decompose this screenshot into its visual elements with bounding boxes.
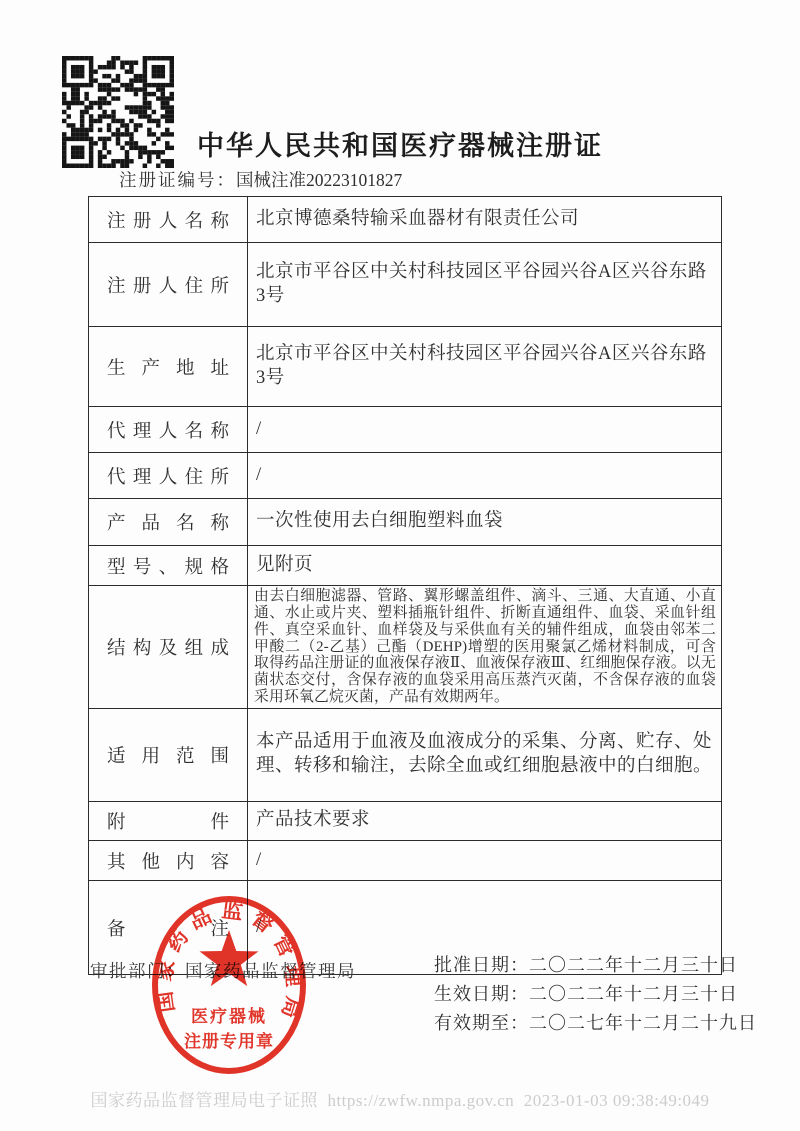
row-label: 生产地址: [107, 354, 229, 380]
row-label: 结构及组成: [107, 634, 229, 660]
row-label-cell: 代理人住所: [89, 453, 248, 499]
row-label-cell: 注册人住所: [89, 243, 248, 327]
row-label-cell: 型号、规格: [89, 546, 248, 586]
row-value: 本产品适用于血液及血液成分的采集、分离、贮存、处理、转移和输注，去除全血或红细胞…: [248, 709, 722, 802]
expiry-date-label: 有效期至：: [434, 1013, 529, 1033]
table-row-structure-composition: 结构及组成 由去白细胞滤器、管路、翼形螺盖组件、滴斗、三通、大直通、小直通、水止…: [89, 586, 722, 709]
stamp-line1: 医疗器械: [191, 1006, 267, 1026]
row-label-cell: 注册人名称: [89, 197, 248, 243]
row-value: 一次性使用去白细胞塑料血袋: [248, 499, 722, 546]
effective-date-line: 生效日期：二〇二二年十二月三十日: [434, 980, 757, 1009]
table-row-other-content: 其他内容 /: [89, 841, 722, 881]
effective-date-value: 二〇二二年十二月三十日: [529, 984, 738, 1004]
stamp-line2: 注册专用章: [184, 1031, 274, 1051]
row-label-cell: 结构及组成: [89, 586, 248, 709]
row-label: 附 件: [107, 808, 229, 834]
row-label-cell: 代理人名称: [89, 407, 248, 453]
row-label: 代理人住所: [107, 463, 229, 489]
expiry-date-value: 二〇二七年十二月二十九日: [529, 1013, 757, 1033]
star-icon: [200, 930, 259, 986]
certificate-number-label: 注册证编号：: [119, 170, 236, 190]
table-row-production-address: 生产地址 北京市平谷区中关村科技园区平谷园兴谷A区兴谷东路3号: [89, 327, 722, 407]
effective-date-label: 生效日期：: [434, 984, 529, 1004]
row-label: 注册人住所: [107, 272, 229, 298]
electronic-license-watermark: 国家药品监督管理局电子证照 https://zwfw.nmpa.gov.cn 2…: [0, 1086, 800, 1111]
row-label: 适用范围: [107, 742, 229, 768]
approval-date-label: 批准日期：: [434, 955, 529, 975]
table-row-product-name: 产品名称 一次性使用去白细胞塑料血袋: [89, 499, 722, 546]
certificate-table: 注册人名称 北京博德桑特输采血器材有限责任公司 注册人住所 北京市平谷区中关村科…: [88, 196, 722, 975]
table-row-agent-address: 代理人住所 /: [89, 453, 722, 499]
row-label-cell: 生产地址: [89, 327, 248, 407]
approval-date-line: 批准日期：二〇二二年十二月三十日: [434, 951, 757, 980]
certificate-title: 中华人民共和国医疗器械注册证: [0, 124, 800, 163]
row-label-cell: 产品名称: [89, 499, 248, 546]
expiry-date-line: 有效期至：二〇二七年十二月二十九日: [434, 1009, 757, 1038]
dates-block: 批准日期：二〇二二年十二月三十日 生效日期：二〇二二年十二月三十日 有效期至：二…: [434, 951, 757, 1038]
row-label: 代理人名称: [107, 417, 229, 443]
row-value: 产品技术要求: [248, 802, 722, 841]
row-label: 其他内容: [107, 848, 229, 874]
certificate-number-value: 国械注准20223101827: [236, 170, 402, 190]
row-value: 由去白细胞滤器、管路、翼形螺盖组件、滴斗、三通、大直通、小直通、水止或片夹、塑料…: [248, 586, 722, 709]
table-row-scope-of-application: 适用范围 本产品适用于血液及血液成分的采集、分离、贮存、处理、转移和输注，去除全…: [89, 709, 722, 802]
row-label-cell: 适用范围: [89, 709, 248, 802]
row-value: /: [248, 407, 722, 453]
official-stamp: 国家药品监督管理局 医疗器械 注册专用章: [149, 895, 311, 1079]
approval-date-value: 二〇二二年十二月三十日: [529, 955, 738, 975]
row-value: 见附页: [248, 546, 722, 586]
certificate-number-line: 注册证编号：国械注准20223101827: [119, 167, 402, 192]
row-value: /: [248, 841, 722, 881]
table-row-registrant-name: 注册人名称 北京博德桑特输采血器材有限责任公司: [89, 197, 722, 243]
row-label-cell: 附 件: [89, 802, 248, 841]
row-label: 产品名称: [107, 509, 229, 535]
table-row-registrant-address: 注册人住所 北京市平谷区中关村科技园区平谷园兴谷A区兴谷东路3号: [89, 243, 722, 327]
table-row-agent-name: 代理人名称 /: [89, 407, 722, 453]
row-value: /: [248, 453, 722, 499]
row-value: 北京市平谷区中关村科技园区平谷园兴谷A区兴谷东路3号: [248, 243, 722, 327]
row-label: 型号、规格: [107, 553, 229, 579]
row-value: 北京博德桑特输采血器材有限责任公司: [248, 197, 722, 243]
table-row-attachment: 附 件 产品技术要求: [89, 802, 722, 841]
row-value: 北京市平谷区中关村科技园区平谷园兴谷A区兴谷东路3号: [248, 327, 722, 407]
row-label-cell: 其他内容: [89, 841, 248, 881]
table-row-model-spec: 型号、规格 见附页: [89, 546, 722, 586]
row-label: 注册人名称: [107, 207, 229, 233]
certificate-page: 中华人民共和国医疗器械注册证 注册证编号：国械注准20223101827 注册人…: [0, 0, 800, 1131]
